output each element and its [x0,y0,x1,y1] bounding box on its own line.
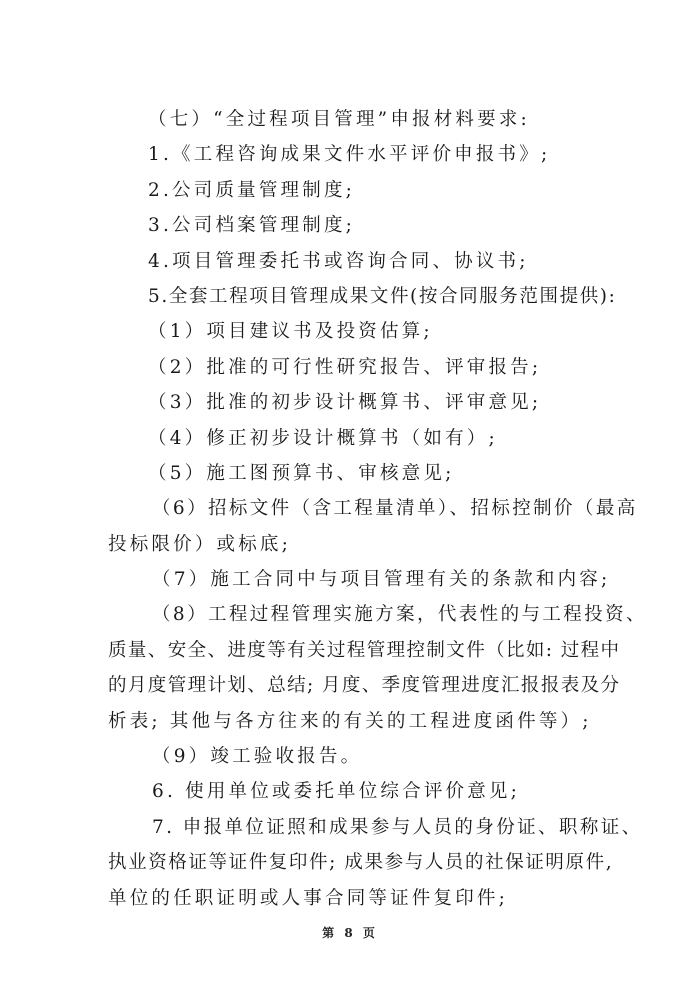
sub-item-1: （1）项目建议书及投资估算; [108,314,596,349]
list-item-7-line-2: 执业资格证等证件复印件; 成果参与人员的社保证明原件, [108,845,596,880]
sub-item-4: （4）修正初步设计概算书（如有）; [108,421,596,456]
list-item-6: 6. 使用单位或委托单位综合评价意见; [108,774,596,809]
list-item-7-line-1: 7. 申报单位证照和成果参与人员的身份证、职称证、 [108,810,596,845]
sub-item-8-line-4: 析表; 其他与各方往来的有关的工程进度函件等）; [108,704,596,739]
sub-item-9: （9）竣工验收报告。 [108,739,596,774]
sub-item-5: （5）施工图预算书、审核意见; [108,456,596,491]
list-item-4: 4.项目管理委托书或咨询合同、协议书; [108,244,596,279]
list-item-5: 5.全套工程项目管理成果文件(按合同服务范围提供): [108,279,596,314]
list-item-3: 3.公司档案管理制度; [108,208,596,243]
section-heading: （七）“全过程项目管理”申报材料要求: [108,102,596,137]
document-body: （七）“全过程项目管理”申报材料要求: 1.《工程咨询成果文件水平评价申报书》;… [108,102,596,916]
sub-item-8-line-1: （8）工程过程管理实施方案，代表性的与工程投资、 [108,597,596,632]
sub-item-6-line-2: 投标限价）或标底; [108,527,596,562]
page-number: 第 8 页 [0,924,700,941]
sub-item-7: （7）施工合同中与项目管理有关的条款和内容; [108,562,596,597]
sub-item-2: （2）批准的可行性研究报告、评审报告; [108,350,596,385]
sub-item-8-line-2: 质量、安全、进度等有关过程管理控制文件（比如: 过程中 [108,633,596,668]
sub-item-6-line-1: （6）招标文件（含工程量清单）、招标控制价（最高 [108,491,596,526]
list-item-2: 2.公司质量管理制度; [108,173,596,208]
document-page: （七）“全过程项目管理”申报材料要求: 1.《工程咨询成果文件水平评价申报书》;… [0,0,700,990]
list-item-7-line-3: 单位的任职证明或人事合同等证件复印件; [108,881,596,916]
sub-item-3: （3）批准的初步设计概算书、评审意见; [108,385,596,420]
sub-item-8-line-3: 的月度管理计划、总结; 月度、季度管理进度汇报报表及分 [108,668,596,703]
list-item-1: 1.《工程咨询成果文件水平评价申报书》; [108,137,596,172]
